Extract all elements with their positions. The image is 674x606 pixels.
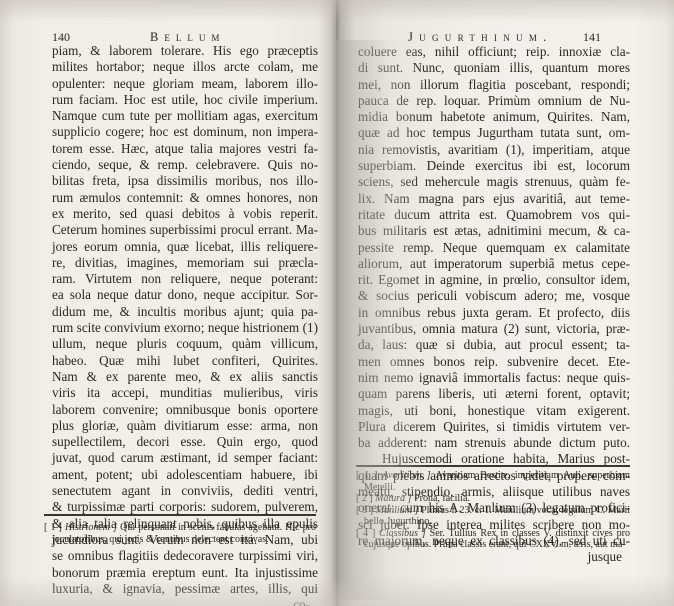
right-page: Jugurthinum. 141 coluere eas, nihil offi… <box>336 0 674 606</box>
text-line: pauca de rep. loquar. Primùm omnium de N… <box>358 93 630 109</box>
footnote-lemma: Manlium ] <box>376 505 421 516</box>
text-line: piam, & laborem tolerare. His ego præcep… <box>52 43 318 59</box>
footnote-mark: [ 1 ] <box>44 522 65 533</box>
footnote-mark: [ 4 ] <box>356 528 379 539</box>
footnote-lemma: Classibus ] <box>379 528 429 539</box>
text-line: quam parens liberis, uti æterni forent, … <box>358 386 630 402</box>
footnote: [ 3 ] Manlium ] Plinius l. 23. c. 1. Man… <box>356 505 630 528</box>
text-line: magis, uti boni, honestique vitam exiger… <box>358 403 630 419</box>
footnote: [ 4 ] Classibus ] Ser. Tullius Rex in cl… <box>356 528 630 551</box>
catchword: jusque <box>358 549 630 565</box>
text-line: laborem convenire; omnibusque bonis opor… <box>52 402 318 418</box>
left-page: 140 Bellum piam, & laborem tolerare. His… <box>0 0 336 606</box>
text-line: men omnes bonos reip. subvenire decet. E… <box>358 354 630 370</box>
text-line: midia bonum habetote animum, Quirites. N… <box>358 109 630 125</box>
text-line: torem esse. Hæc, atque talia majores ves… <box>52 141 318 157</box>
text-line: supellectilem, decori esse. Quin ergo, q… <box>52 434 318 450</box>
text-line: rit. Egomet in agmine, in prœlio, consul… <box>358 272 630 288</box>
text-line: nim nemo ignaviâ immortalis factus: nequ… <box>358 370 630 386</box>
footnote: [ 2 ] Matura ] Prona, facilia. <box>356 493 630 505</box>
text-line: rum faciam. Hoc est utile, hoc civile im… <box>52 92 318 108</box>
text-line: di sunt. Nunc, quoniam illis, quantum mo… <box>358 60 630 76</box>
text-line: jores eorum omnia, quæ licebat, illis re… <box>52 239 318 255</box>
text-line: supplicio cogere; hoc est dominum, non i… <box>52 124 318 140</box>
text-line: sciens, sed mehercule magis strenuus, qu… <box>358 174 630 190</box>
text-line: milites hortabor; neque illos arcte cola… <box>52 59 318 75</box>
text-line: opulenter: neque gloriam meam, laborem i… <box>52 76 318 92</box>
footnote: [ 1 ] Avaritiam ] Avaritiam Bestiæ, impe… <box>356 470 630 493</box>
text-line: ram. Virtutem non reliquere, neque poter… <box>52 271 318 287</box>
text-line: Ceterum homines superbissimi procul erra… <box>52 222 318 238</box>
footnote-rule <box>44 514 316 516</box>
text-line: rum æmulos contemnit: & omnes honores, n… <box>52 190 318 206</box>
text-line: bilitas freta, ipsa dissimilis moribus, … <box>52 173 318 189</box>
text-line: aliorum, aut imperatorum superbiâ metus … <box>358 256 630 272</box>
running-title: Bellum <box>150 30 225 44</box>
text-line: coluere eas, nihil officiunt; reip. inno… <box>358 44 630 60</box>
text-line: juvantibus, omnia matura (2) sunt, victo… <box>358 321 630 337</box>
page-edge-shadow <box>0 576 336 606</box>
text-line: ex merito, sed quasi debitos à vobis rep… <box>52 206 318 222</box>
text-line: Namque cum tute per mollitiam agas, exer… <box>52 108 318 124</box>
footnote-mark: [ 3 ] <box>356 505 376 516</box>
text-line: plus gloriæ, quàm divitiarum esse: arma,… <box>52 418 318 434</box>
page-edge-shadow <box>336 0 674 22</box>
book-spread: 140 Bellum piam, & laborem tolerare. His… <box>0 0 674 606</box>
footnote-text: Prona, facilia. <box>414 493 470 504</box>
text-line: ritate ducum attrita est. Quamobrem vos … <box>358 207 630 223</box>
page-edge-shadow <box>0 0 336 22</box>
text-line: rum scite convivium exorno; neque histri… <box>52 320 318 336</box>
footnote-lemma: Matura ] <box>375 493 414 504</box>
right-footnotes: [ 1 ] Avaritiam ] Avaritiam Bestiæ, impe… <box>356 470 630 551</box>
footnote-lemma: Histrionem ] <box>65 522 120 533</box>
page-number: 140 <box>52 30 70 44</box>
text-line: Plura dicerem Quirites, si timidis virtu… <box>358 419 630 435</box>
text-line: ba adderent: nam strenuis abunde dictum … <box>358 435 630 451</box>
text-line: pessite remp. Neque quemquam ex calamita… <box>358 240 630 256</box>
text-line: bus militaris est ætas, adnitimini mecum… <box>358 223 630 239</box>
text-line: nia removistis, avaritiam (1), imperitia… <box>358 142 630 158</box>
left-footnotes: [ 1 ] Histrionem ] Qui personati in scen… <box>44 522 316 545</box>
text-line: se omnibus flagitiis dedecoravere turpis… <box>52 548 318 564</box>
text-line: ament, potent; ubi adolescentiam habuere… <box>52 467 318 483</box>
text-line: lix. Nam magna pars ejus avaritiâ, aut t… <box>358 191 630 207</box>
text-line: quæ ad hoc tempus Jugurtham tutata sunt,… <box>358 125 630 141</box>
text-line: ciendo, seque, & remp. celebravere. Quis… <box>52 157 318 173</box>
text-line: habeo. Quæ mihi lubet confiteri, Quirite… <box>52 353 318 369</box>
footnote-lemma: Avaritiam ] <box>382 470 435 481</box>
text-line: re, divitias, imagines, memoriam sui præ… <box>52 255 318 271</box>
footnote: [ 1 ] Histrionem ] Qui personati in scen… <box>44 522 316 545</box>
text-line: ullum, neque pluris coquum, quàm villicu… <box>52 336 318 352</box>
page-edge-shadow <box>336 576 674 606</box>
text-line: & socius periculi vobiscum adero; me, vo… <box>358 288 630 304</box>
text-line: da, laus: quæ si dubia, aut procul essen… <box>358 337 630 353</box>
text-line: in omnibus rebus juxta geram. Et profect… <box>358 305 630 321</box>
page-number: 141 <box>583 30 601 44</box>
text-line: juvat, quod carum æstimant, id semper fa… <box>52 450 318 466</box>
footnote-rule <box>356 465 630 467</box>
text-line: Nam & ex parente meo, & ex aliis sanctis <box>52 369 318 385</box>
text-line: mei, non illorum flagitia poscebant, res… <box>358 77 630 93</box>
text-line: viris ita accepi, munditias mulieribus, … <box>52 385 318 401</box>
text-line: ea sola neque datur dono, neque accipitu… <box>52 287 318 303</box>
text-line: senectutem agant in conviviis, dediti ve… <box>52 483 318 499</box>
running-title: Jugurthinum. <box>408 30 553 44</box>
footnote-mark: [ 1 ] <box>356 470 382 481</box>
text-line: superbiam. Deinde exercitus ibi est, loc… <box>358 158 630 174</box>
text-line: didum me, & incultis moribus ajunt; quia… <box>52 304 318 320</box>
footnote-mark: [ 2 ] <box>356 493 375 504</box>
